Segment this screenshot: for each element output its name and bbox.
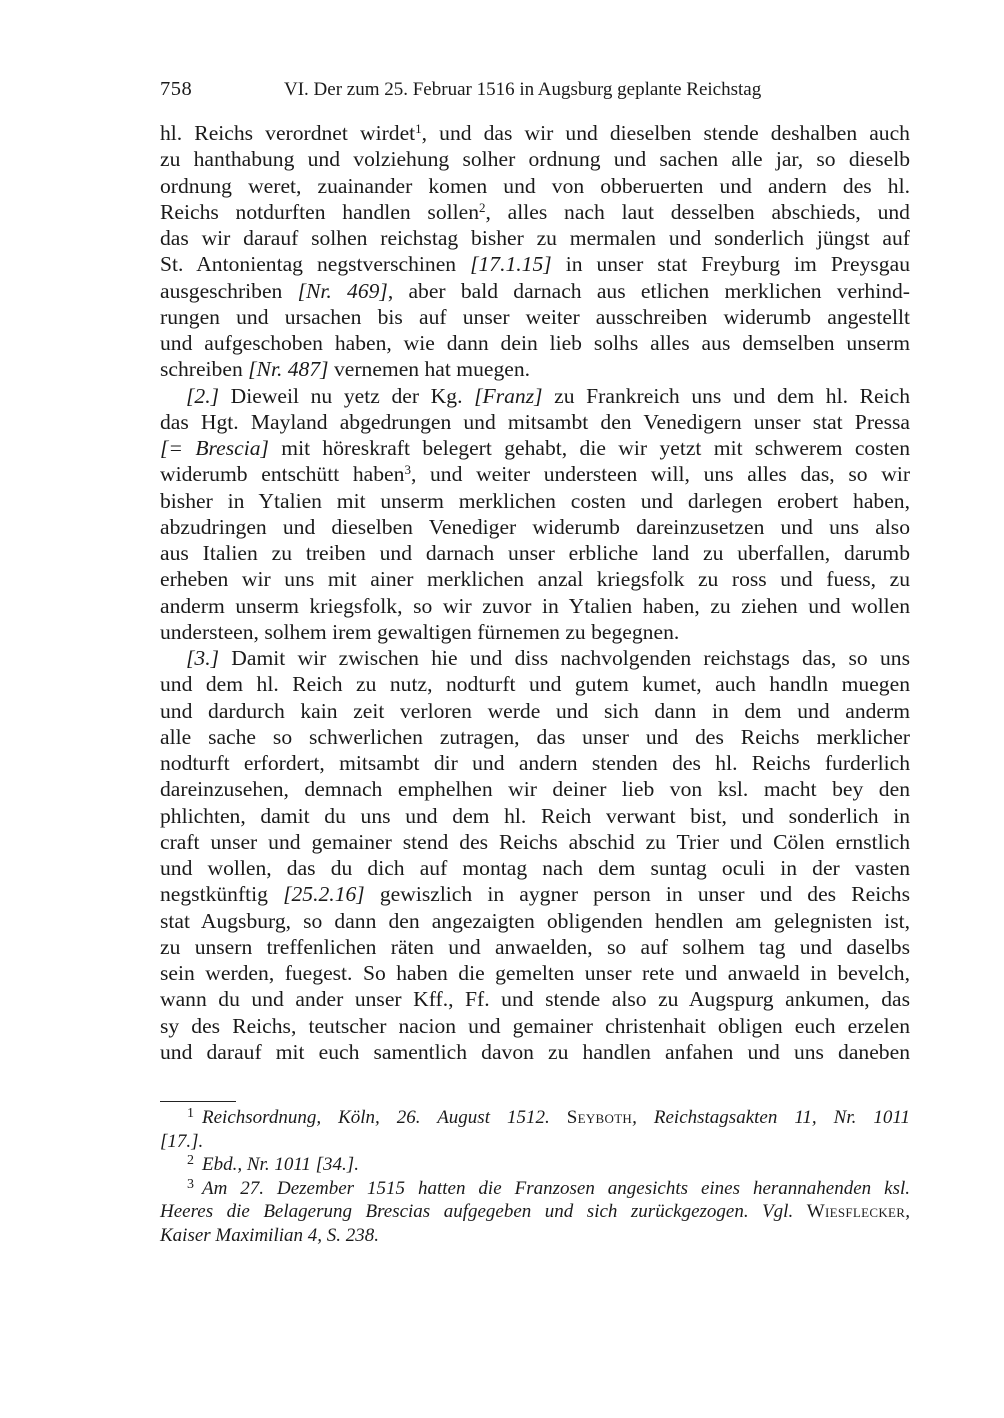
text-line: craft unser und gemainer stend des Reich… [160,829,910,855]
body-text: Dieweil nu yetz der Kg. [219,384,474,408]
body-italic: [Nr. 469] [298,279,388,303]
text-line: das Hgt. Mayland abgedrungen und mitsamb… [160,409,910,435]
footnote-1: 1Reichsordnung, Köln, 26. August 1512. S… [160,1106,910,1153]
text-line: [= Brescia] mit höreskraft belegert geha… [160,435,910,461]
body-text: ordnung weret, zuainander komen und von … [160,174,910,198]
text-line: widerumb entschütt haben3, und weiter un… [160,461,910,487]
text-line: zu hanthabung und volziehung solher ordn… [160,146,910,172]
body-text: nodturft erfordert, mitsambt dir und and… [160,751,910,775]
footnote-italic: Reichsordnung, Köln, 26. August 1512. [202,1107,567,1128]
text-line: St. Antonientag negstverschinen [17.1.15… [160,251,910,277]
body-italic: [Franz] [474,384,542,408]
body-italic: [Nr. 487] [248,357,328,381]
body-text: das wir darauf solhen reichstag bisher z… [160,226,910,250]
body-text: stat Augsburg, so dann den angezaigten o… [160,909,910,933]
footnote-line: [17.]. [160,1130,910,1154]
body-text: zu Frankreich uns und dem hl. Reich [543,384,910,408]
text-line: phlichten, damit du uns und dem hl. Reic… [160,803,910,829]
footnote-italic: Heeres die Belagerung Brescias aufgegebe… [160,1201,807,1222]
text-line: hl. Reichs verordnet wirdet1, und das wi… [160,120,910,146]
text-line: schreiben [Nr. 487] vernemen hat muegen. [160,356,910,382]
body-text: anderm unserm kriegsfolk, so wir zuvor i… [160,594,910,618]
body-text: widerumb entschütt haben [160,462,404,486]
footnote-line: Heeres die Belagerung Brescias aufgegebe… [160,1200,910,1224]
body-italic: [17.1.15] [470,252,552,276]
author-name: Seyboth [567,1107,632,1128]
paragraph: hl. Reichs verordnet wirdet1, und das wi… [160,120,910,383]
running-title: VI. Der zum 25. Februar 1516 in Augsburg… [284,79,761,101]
body-text: ausgeschriben [160,279,298,303]
body-italic: [3.] [186,646,219,670]
text-line: zu unsern treffenlichen räten und anwael… [160,934,910,960]
body-text: Damit wir zwischen hie und diss nachvolg… [219,646,910,670]
body-text: zu hanthabung und volziehung solher ordn… [160,147,910,171]
footnote-number: 2 [187,1153,194,1168]
text-line: dareinzusehen, demnach emphelhen wir dei… [160,776,910,802]
paragraph: [2.] Dieweil nu yetz der Kg. [Franz] zu … [160,383,910,646]
footnotes: 1Reichsordnung, Köln, 26. August 1512. S… [160,1106,910,1248]
text-line: aus Italien zu treiben und darnach unser… [160,540,910,566]
body-text: , aber bald darnach aus etlichen merklic… [388,279,910,303]
body-text: das Hgt. Mayland abgedrungen und mitsamb… [160,410,910,434]
body-text: negstkünftig [160,882,283,906]
footnote-italic: Am 27. Dezember 1515 hatten die Franzose… [202,1178,910,1199]
body-text: und darauf mit euch samentlich davon zu … [160,1040,910,1064]
body-text: und dardurch kain zeit verloren werde un… [160,699,910,723]
body-text: gewiszlich in aygner person in unser und… [365,882,910,906]
body-text: bisher in Ytalien mit unserm merklichen … [160,489,910,513]
footnote-number: 3 [187,1177,194,1192]
body-text: sy des Reichs, teutscher nacion und gema… [160,1014,910,1038]
text-line: sy des Reichs, teutscher nacion und gema… [160,1013,910,1039]
body-text: aus Italien zu treiben und darnach unser… [160,541,910,565]
footnote-line: 3Am 27. Dezember 1515 hatten die Franzos… [160,1177,910,1201]
body-text: und wollen, das du dich auf montag nach … [160,856,910,880]
body-italic: [2.] [186,384,219,408]
body-text: , und das wir und dieselben stende desha… [422,121,910,145]
footnote-3: 3Am 27. Dezember 1515 hatten die Franzos… [160,1177,910,1248]
footnote-line: Kaiser Maximilian 4, S. 238. [160,1224,910,1248]
text-line: und wollen, das du dich auf montag nach … [160,855,910,881]
text-line: das wir darauf solhen reichstag bisher z… [160,225,910,251]
text-line: abzudringen und dieselben Venediger wide… [160,514,910,540]
text-line: und darauf mit euch samentlich davon zu … [160,1039,910,1065]
text-line: [2.] Dieweil nu yetz der Kg. [Franz] zu … [160,383,910,409]
footnote-italic: , [905,1201,910,1222]
body-text: craft unser und gemainer stend des Reich… [160,830,910,854]
body-text: vernemen hat muegen. [329,357,530,381]
text-line: alle sache so schwerlichen zutragen, das… [160,724,910,750]
body-text: alle sache so schwerlichen zutragen, das… [160,725,910,749]
body-text: dareinzusehen, demnach emphelhen wir dei… [160,777,910,801]
body-text: schreiben [160,357,248,381]
paragraph: [3.] Damit wir zwischen hie und diss nac… [160,645,910,1065]
text-line: nodturft erfordert, mitsambt dir und and… [160,750,910,776]
body-text: abzudringen und dieselben Venediger wide… [160,515,910,539]
text-line: ordnung weret, zuainander komen und von … [160,173,910,199]
body-text: hl. Reichs verordnet wirdet [160,121,415,145]
footnote-italic: , Reichstagsakten 11, Nr. 1011 [632,1107,910,1128]
body-text: rungen und ursachen bis auf unser weiter… [160,305,910,329]
footnote-line: 2Ebd., Nr. 1011 [34.]. [160,1153,910,1177]
body-italic: [25.2.16] [283,882,365,906]
text-line: rungen und ursachen bis auf unser weiter… [160,304,910,330]
body-text: zu unsern treffenlichen räten und anwael… [160,935,910,959]
body-text: in unser stat Freyburg im Preysgau [552,252,910,276]
footnote-separator [160,1101,236,1102]
text-line: bisher in Ytalien mit unserm merklichen … [160,488,910,514]
body-text: erheben wir uns mit ainer merklichen anz… [160,567,910,591]
text-line: anderm unserm kriegsfolk, so wir zuvor i… [160,593,910,619]
text-line: und dem hl. Reich zu nutz, nodturft und … [160,671,910,697]
footnote-number: 1 [187,1106,194,1121]
page: 758 VI. Der zum 25. Februar 1516 in Augs… [160,78,910,1065]
text-line: ausgeschriben [Nr. 469], aber bald darna… [160,278,910,304]
body-text: Reichs notdurften handlen sollen [160,200,479,224]
footnote-italic: [17.]. [160,1131,203,1152]
body-text: sein werden, fuegest. So haben die gemel… [160,961,910,985]
body-text: und aufgeschoben haben, wie dann dein li… [160,331,910,355]
text-line: und dardurch kain zeit verloren werde un… [160,698,910,724]
body-text: understeen, solhem irem gewaltigen fürne… [160,620,679,644]
text-line: und aufgeschoben haben, wie dann dein li… [160,330,910,356]
footnote-italic: Ebd., Nr. 1011 [34.]. [202,1154,359,1175]
body-text: wann du und ander unser Kff., Ff. und st… [160,987,910,1011]
footnote-2: 2Ebd., Nr. 1011 [34.]. [160,1153,910,1177]
footnote-italic: Kaiser Maximilian 4, S. 238. [160,1225,379,1246]
body-text: , und weiter understeen will, uns alles … [411,462,910,486]
text-line: understeen, solhem irem gewaltigen fürne… [160,619,910,645]
body-text: , alles nach laut desselben abschieds, u… [486,200,910,224]
text-line: erheben wir uns mit ainer merklichen anz… [160,566,910,592]
body-text: und dem hl. Reich zu nutz, nodturft und … [160,672,910,696]
text-line: sein werden, fuegest. So haben die gemel… [160,960,910,986]
text-line: [3.] Damit wir zwischen hie und diss nac… [160,645,910,671]
text-line: negstkünftig [25.2.16] gewiszlich in ayg… [160,881,910,907]
body-text: phlichten, damit du uns und dem hl. Reic… [160,804,910,828]
footnote-line: 1Reichsordnung, Köln, 26. August 1512. S… [160,1106,910,1130]
body-text: hl. Reichs verordnet wirdet1, und das wi… [160,120,910,1065]
text-line: Reichs notdurften handlen sollen2, alles… [160,199,910,225]
running-head: 758 VI. Der zum 25. Februar 1516 in Augs… [160,78,910,108]
body-italic: [= Brescia] [160,436,269,460]
body-text: St. Antonientag negstverschinen [160,252,470,276]
page-number: 758 [160,78,284,101]
text-line: wann du und ander unser Kff., Ff. und st… [160,986,910,1012]
author-name: Wiesflecker [807,1201,906,1222]
text-line: stat Augsburg, so dann den angezaigten o… [160,908,910,934]
body-text: mit höreskraft belegert gehabt, die wir … [269,436,910,460]
